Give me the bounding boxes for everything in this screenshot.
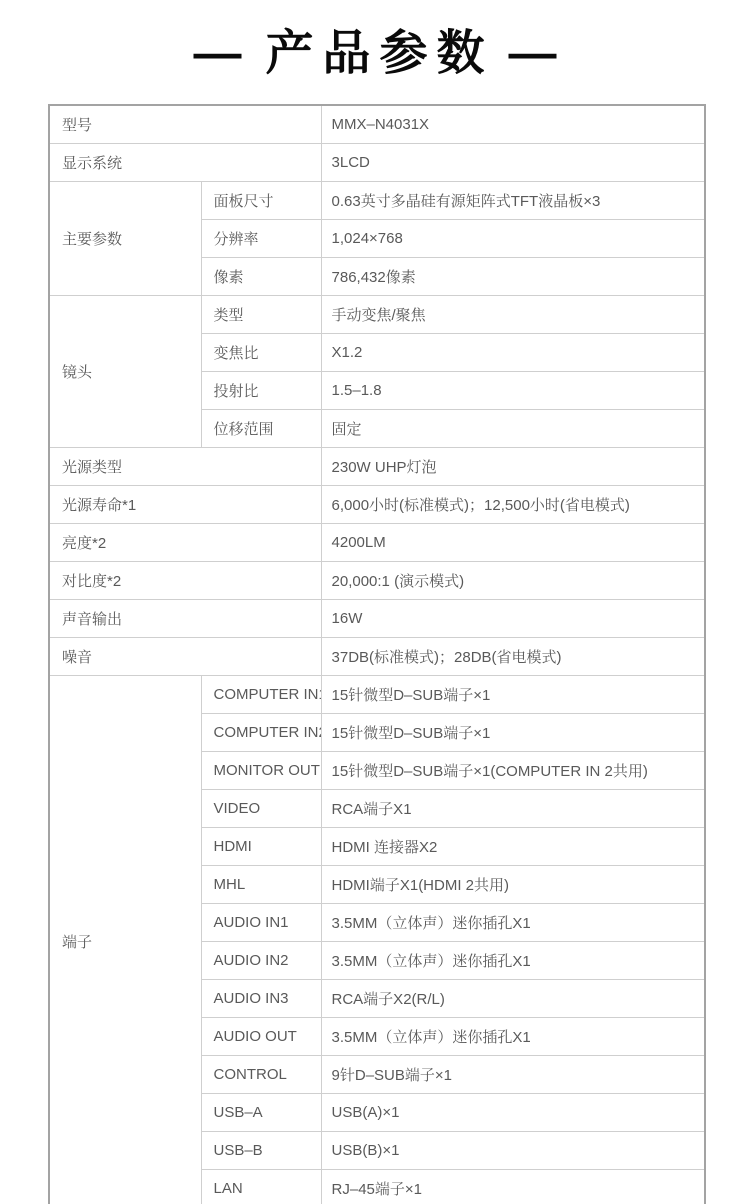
- spec-value: 4200LM: [321, 524, 705, 562]
- spec-sub-label: 变焦比: [201, 334, 321, 372]
- spec-label: 亮度*2: [49, 524, 321, 562]
- spec-label: 光源寿命*1: [49, 486, 321, 524]
- spec-value: 786,432像素: [321, 258, 705, 296]
- spec-sub-label: MONITOR OUT: [201, 752, 321, 790]
- spec-sub-label: CONTROL: [201, 1056, 321, 1094]
- page-title: — 产品参数 —: [0, 28, 750, 81]
- table-row: 光源类型 230W UHP灯泡: [49, 448, 705, 486]
- spec-value: MMX–N4031X: [321, 105, 705, 144]
- spec-value: 37DB(标准模式)；28DB(省电模式): [321, 638, 705, 676]
- table-row: 亮度*2 4200LM: [49, 524, 705, 562]
- spec-label: 对比度*2: [49, 562, 321, 600]
- spec-sub-label: USB–A: [201, 1094, 321, 1132]
- spec-sub-label: HDMI: [201, 828, 321, 866]
- spec-sub-label: AUDIO IN3: [201, 980, 321, 1018]
- spec-value: 3LCD: [321, 144, 705, 182]
- spec-value: 0.63英寸多晶硅有源矩阵式TFT液晶板×3: [321, 182, 705, 220]
- spec-label: 显示系统: [49, 144, 321, 182]
- spec-value: 固定: [321, 410, 705, 448]
- spec-value: 3.5MM（立体声）迷你插孔X1: [321, 1018, 705, 1056]
- spec-value: 9针D–SUB端子×1: [321, 1056, 705, 1094]
- spec-value: RCA端子X1: [321, 790, 705, 828]
- spec-value: USB(A)×1: [321, 1094, 705, 1132]
- spec-value: 6,000小时(标准模式)；12,500小时(省电模式): [321, 486, 705, 524]
- spec-sub-label: AUDIO IN1: [201, 904, 321, 942]
- spec-value: 15针微型D–SUB端子×1(COMPUTER IN 2共用): [321, 752, 705, 790]
- spec-sub-label: COMPUTER IN1: [201, 676, 321, 714]
- spec-sub-label: 类型: [201, 296, 321, 334]
- spec-value: X1.2: [321, 334, 705, 372]
- spec-value: 15针微型D–SUB端子×1: [321, 714, 705, 752]
- spec-value: 20,000:1 (演示模式): [321, 562, 705, 600]
- spec-value: 1.5–1.8: [321, 372, 705, 410]
- spec-sub-label: 位移范围: [201, 410, 321, 448]
- spec-sub-label: VIDEO: [201, 790, 321, 828]
- title-dash-right: —: [509, 28, 557, 81]
- spec-sub-label: USB–B: [201, 1132, 321, 1170]
- spec-sub-label: 分辨率: [201, 220, 321, 258]
- spec-value: RCA端子X2(R/L): [321, 980, 705, 1018]
- spec-sub-label: AUDIO IN2: [201, 942, 321, 980]
- spec-sub-label: AUDIO OUT: [201, 1018, 321, 1056]
- spec-value: 3.5MM（立体声）迷你插孔X1: [321, 942, 705, 980]
- spec-group-label: 端子: [49, 676, 201, 1204]
- spec-sub-label: MHL: [201, 866, 321, 904]
- table-row: 声音输出 16W: [49, 600, 705, 638]
- spec-value: HDMI端子X1(HDMI 2共用): [321, 866, 705, 904]
- spec-value: 230W UHP灯泡: [321, 448, 705, 486]
- table-row: 主要参数 面板尺寸 0.63英寸多晶硅有源矩阵式TFT液晶板×3: [49, 182, 705, 220]
- spec-value: 16W: [321, 600, 705, 638]
- spec-group-label: 主要参数: [49, 182, 201, 296]
- spec-value: RJ–45端子×1: [321, 1170, 705, 1204]
- title-text: 产品参数: [265, 28, 493, 81]
- table-row: 显示系统 3LCD: [49, 144, 705, 182]
- spec-sub-label: 像素: [201, 258, 321, 296]
- product-spec-table: 型号 MMX–N4031X 显示系统 3LCD 主要参数 面板尺寸 0.63英寸…: [48, 104, 706, 1204]
- spec-value: 3.5MM（立体声）迷你插孔X1: [321, 904, 705, 942]
- spec-value: 手动变焦/聚焦: [321, 296, 705, 334]
- table-row: 噪音 37DB(标准模式)；28DB(省电模式): [49, 638, 705, 676]
- table-row: 型号 MMX–N4031X: [49, 105, 705, 144]
- title-dash-left: —: [193, 28, 241, 81]
- spec-label: 型号: [49, 105, 321, 144]
- spec-value: 15针微型D–SUB端子×1: [321, 676, 705, 714]
- table-row: 镜头 类型 手动变焦/聚焦: [49, 296, 705, 334]
- spec-group-label: 镜头: [49, 296, 201, 448]
- table-row: 端子 COMPUTER IN1 15针微型D–SUB端子×1: [49, 676, 705, 714]
- spec-value: USB(B)×1: [321, 1132, 705, 1170]
- spec-sub-label: 面板尺寸: [201, 182, 321, 220]
- spec-value: HDMI 连接器X2: [321, 828, 705, 866]
- spec-label: 光源类型: [49, 448, 321, 486]
- spec-sub-label: 投射比: [201, 372, 321, 410]
- table-row: 光源寿命*1 6,000小时(标准模式)；12,500小时(省电模式): [49, 486, 705, 524]
- spec-label: 噪音: [49, 638, 321, 676]
- spec-sub-label: COMPUTER IN2: [201, 714, 321, 752]
- spec-label: 声音输出: [49, 600, 321, 638]
- spec-sub-label: LAN: [201, 1170, 321, 1204]
- table-row: 对比度*2 20,000:1 (演示模式): [49, 562, 705, 600]
- spec-value: 1,024×768: [321, 220, 705, 258]
